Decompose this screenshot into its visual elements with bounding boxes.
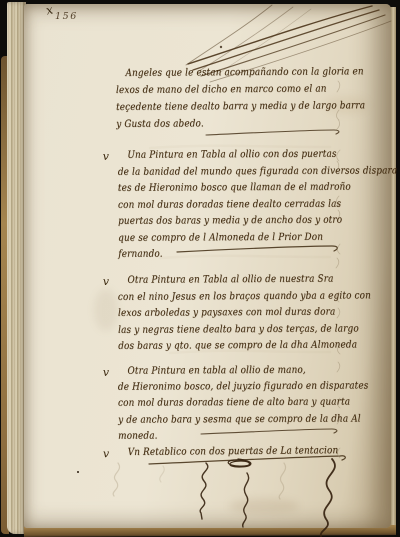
entry-line: con el nino Jesus en los braços quando y… [118, 288, 371, 306]
inventory-entry: v Una Pintura en Tabla al ollio con dos … [118, 146, 400, 263]
ink-speck [77, 471, 79, 473]
margin-check-mark: v [103, 366, 109, 379]
entry-line: dos baras y qto. que se compro de la dha… [118, 337, 371, 355]
entry-line: de la banidad del mundo ques figurada co… [118, 163, 398, 181]
margin-check-mark: v [103, 150, 109, 163]
inventory-entry: Angeles que le estan acompañando con la … [116, 63, 400, 133]
folio-number: 156 [55, 11, 78, 22]
entry-line: teçedente tiene dealto barra y media y d… [116, 97, 365, 116]
entry-line: Angeles que le estan acompañando con la … [116, 63, 365, 82]
entry-line: Vn Retablico con dos puertas de La tenta… [118, 443, 338, 461]
entry-line: que se compro de l Almoneda de l Prior D… [118, 229, 398, 247]
entry-line: fernando. [118, 245, 398, 263]
entry-line: y de ancho bara y sesma que se compro de… [118, 411, 369, 429]
entry-line: con mol duras doradas tiene de alto bara… [118, 395, 369, 413]
entry-line: con mol duras doradas tiene dealto cerra… [118, 196, 398, 214]
inventory-entry: v Vn Retablico con dos puertas de La ten… [118, 443, 369, 461]
margin-check-mark: v [103, 447, 109, 460]
entry-line: puertas dos baras y media y de ancho dos… [118, 212, 398, 230]
entry-line: lexos de mano del dicho en marco como el… [116, 80, 365, 99]
inventory-entry: v Otra Pintura en Tabla al ollio de nues… [118, 271, 400, 355]
manuscript-photo: x 156 [0, 0, 400, 537]
entry-line: Otra Pintura en Tabla al ollio de nuestr… [118, 271, 371, 289]
margin-check-mark: v [103, 275, 109, 288]
inventory-entry: v Otra Pintura en tabla al ollio de mano… [118, 362, 400, 445]
entry-line: Una Pintura en Tabla al ollio con dos pu… [118, 146, 398, 164]
entry-line: moneda. [118, 427, 369, 445]
entry-line: lexos arboledas y paysaxes con mol duras… [118, 304, 371, 322]
paper-stain [94, 289, 118, 331]
entry-line: Otra Pintura en tabla al ollio de mano, [118, 362, 369, 380]
entry-line: de Hieronimo bosco, del juyzio figurado … [118, 379, 369, 397]
entry-line: las y negras tiene dealto bara y dos ter… [118, 321, 371, 339]
entry-line: y Gusta dos abedo. [116, 114, 365, 133]
entry-line: tes de Hieronimo bosco que llaman de el … [118, 179, 398, 197]
paper-stain [229, 498, 299, 514]
